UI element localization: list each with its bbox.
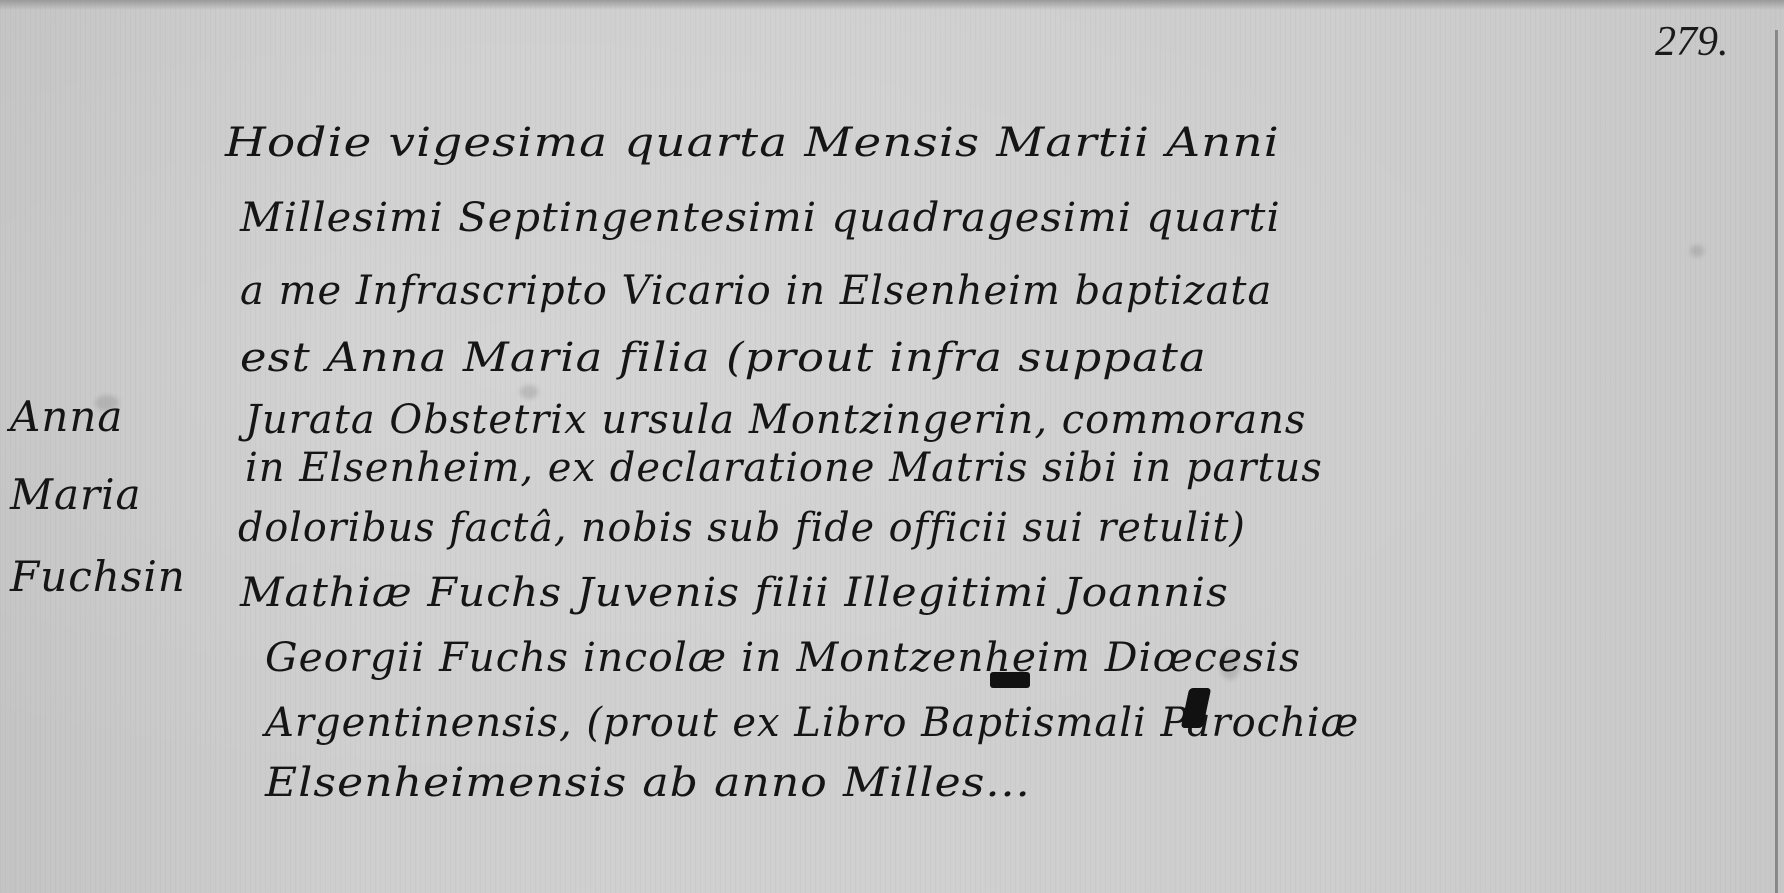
margin-name-line: Fuchsin <box>10 552 186 601</box>
entry-line: in Elsenheim, ex declaratione Matris sib… <box>245 445 1323 491</box>
entry-line: Jurata Obstetrix ursula Montzingerin, co… <box>245 397 1306 443</box>
entry-line: Georgii Fuchs incolæ in Montzenheim Diœc… <box>265 635 1301 681</box>
manuscript-page: 279. Anna Maria Fuchsin Hodie vigesima q… <box>0 0 1784 893</box>
margin-name-line: Maria <box>10 470 142 519</box>
page-number: 279. <box>1655 18 1729 66</box>
entry-line: Hodie vigesima quarta Mensis Martii Anni <box>225 120 1280 166</box>
entry-line: Millesimi Septingentesimi quadragesimi q… <box>240 195 1281 241</box>
margin-name-line: Anna <box>10 392 123 441</box>
entry-line: a me Infrascripto Vicario in Elsenheim b… <box>240 268 1272 314</box>
ink-blot-strikeout <box>990 672 1030 688</box>
entry-line: est Anna Maria filia (prout infra suppat… <box>240 335 1207 381</box>
ink-stain <box>1690 245 1704 257</box>
right-margin-rule <box>1775 30 1778 893</box>
page-top-edge <box>0 0 1784 10</box>
entry-line: Mathiæ Fuchs Juvenis filii Illegitimi Jo… <box>240 570 1229 616</box>
entry-line: doloribus factâ, nobis sub fide officii … <box>238 505 1246 551</box>
entry-line: Elsenheimensis ab anno Milles... <box>265 760 1031 806</box>
